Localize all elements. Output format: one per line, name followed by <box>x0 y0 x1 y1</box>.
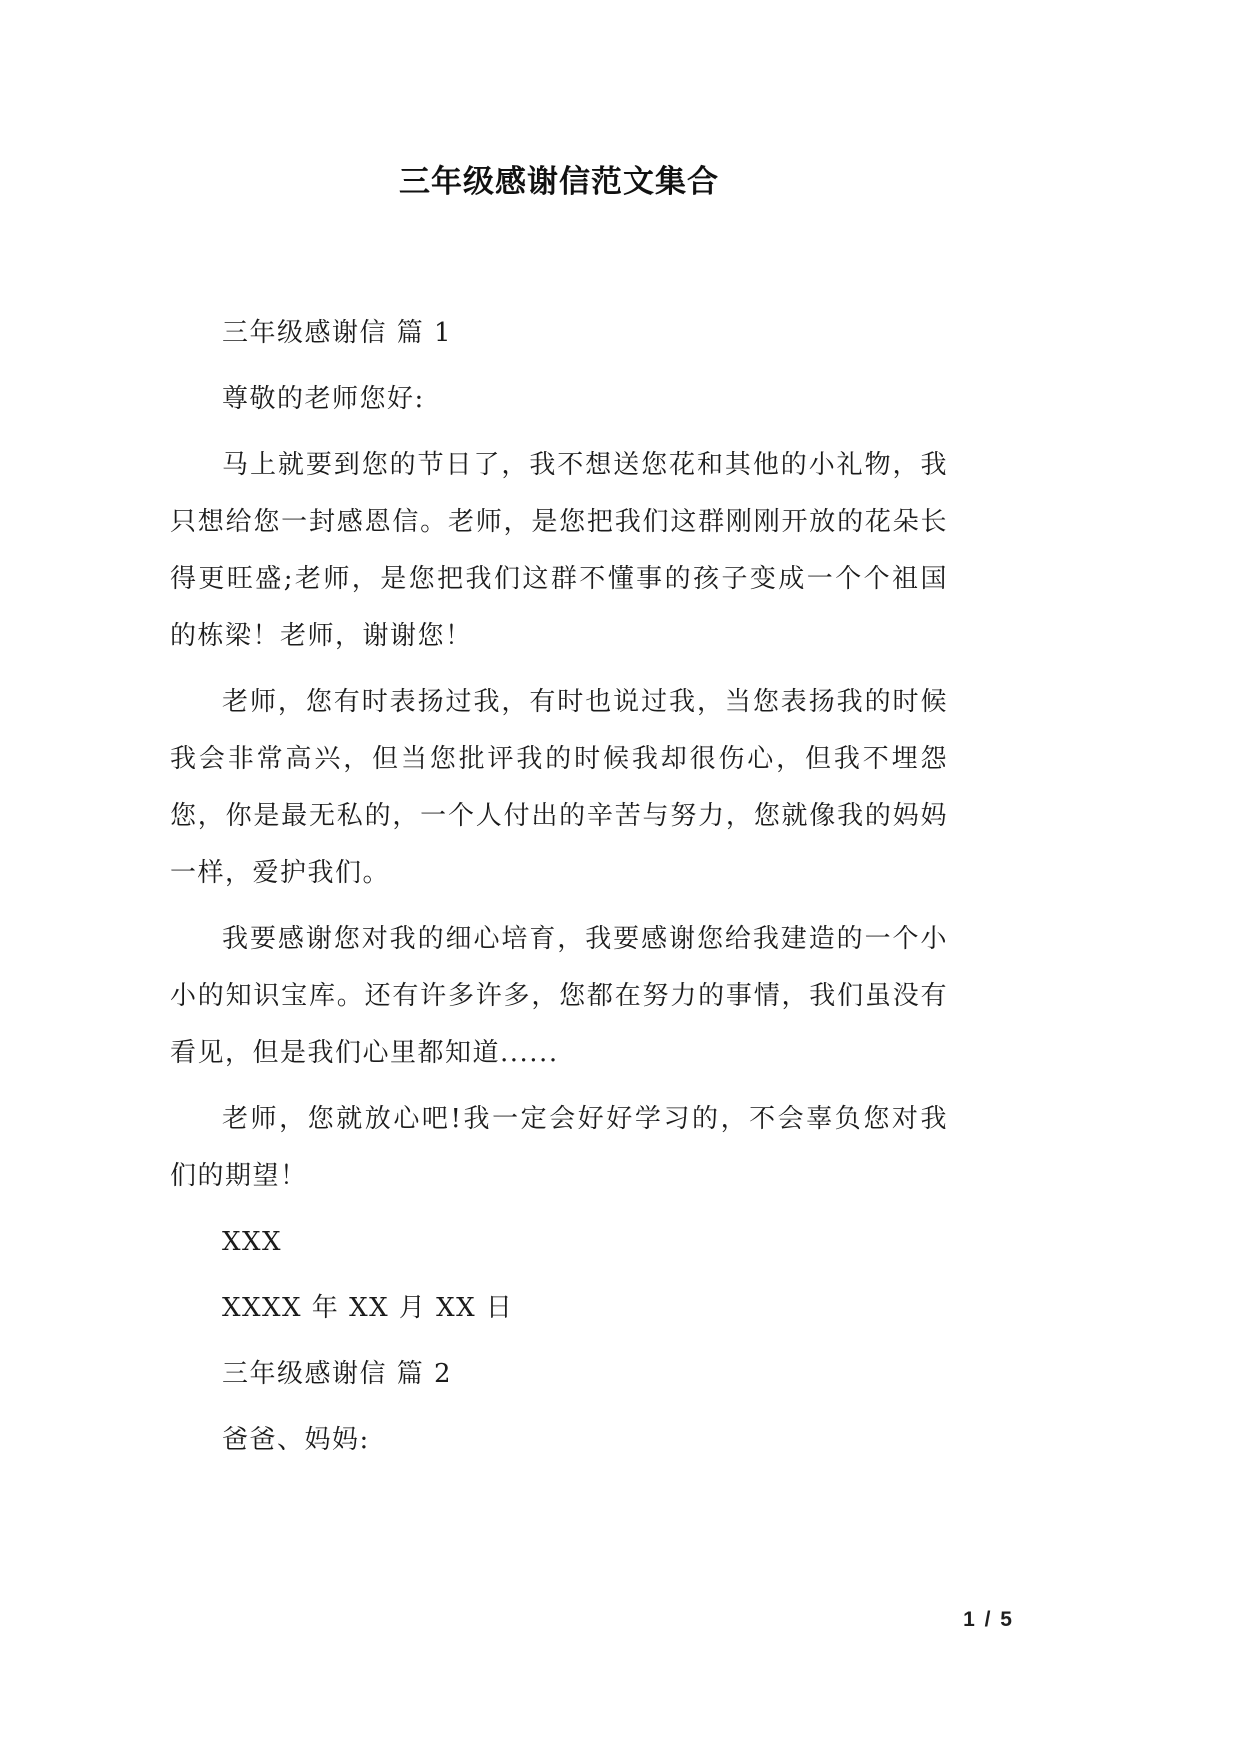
paragraph: 老师，您有时表扬过我，有时也说过我，当您表扬我的时候我会非常高兴，但当您批评我的… <box>170 674 948 902</box>
paragraph: 老师，您就放心吧!我一定会好好学习的，不会辜负您对我们的期望！ <box>170 1091 948 1205</box>
document-title: 三年级感谢信范文集合 <box>170 0 948 201</box>
paragraph: 三年级感谢信 篇 2 <box>170 1346 948 1403</box>
paragraph: XXXX 年 XX 月 XX 日 <box>170 1280 948 1337</box>
paragraph: XXX <box>170 1214 948 1271</box>
page-number-indicator: 1 / 5 <box>963 1608 1014 1632</box>
paragraph: 我要感谢您对我的细心培育，我要感谢您给我建造的一个小小的知识宝库。还有许多许多，… <box>170 911 948 1082</box>
paragraph: 尊敬的老师您好: <box>170 371 948 428</box>
document-body: 三年级感谢信 篇 1尊敬的老师您好:马上就要到您的节日了，我不想送您花和其他的小… <box>170 305 948 1469</box>
document-page: 三年级感谢信范文集合 三年级感谢信 篇 1尊敬的老师您好:马上就要到您的节日了，… <box>0 0 1240 1753</box>
paragraph: 爸爸、妈妈: <box>170 1412 948 1469</box>
paragraph: 马上就要到您的节日了，我不想送您花和其他的小礼物，我只想给您一封感恩信。老师，是… <box>170 437 948 665</box>
paragraph: 三年级感谢信 篇 1 <box>170 305 948 362</box>
